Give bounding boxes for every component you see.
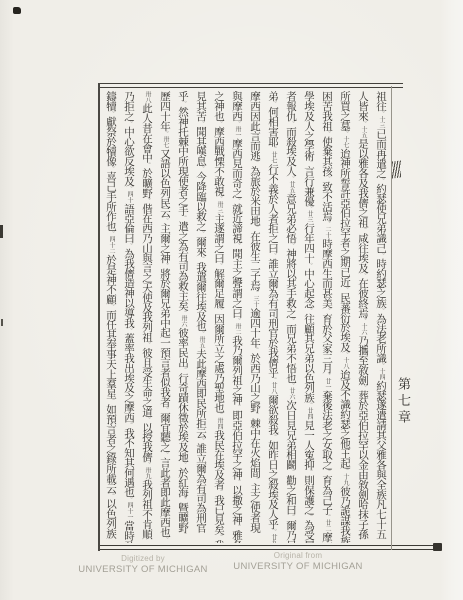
column-text: 往顧其兄弟以色列族	[303, 313, 315, 402]
verse-number: 廿七	[270, 152, 277, 164]
column-text: 人皆來	[357, 91, 369, 121]
text-column: 人皆來。十五是以雅各及我儕之祖。咸往埃及。在彼終焉。十六乃攜至敘劍。葬於亞伯拉罕…	[354, 91, 372, 543]
column-text: 我已見矣	[213, 495, 225, 535]
verse-number: 廿五	[288, 181, 295, 193]
text-column: 乃拒之。中心欲反埃及。四十語亞倫曰。為我儕造神以導我。蓋率我出埃及之摩西。我不知…	[120, 91, 138, 543]
verse-number: 卅九	[144, 467, 151, 479]
verse-number: 廿三	[306, 211, 313, 223]
column-text: 如預言者之錄所載云	[105, 404, 117, 493]
column-text: 爾宜聽之	[159, 412, 171, 452]
column-text: 摩西見而奇之	[231, 138, 243, 197]
verse-number: 廿八	[270, 382, 277, 394]
column-text: 以授我儕	[141, 422, 153, 462]
verse-number: 卅二	[234, 323, 241, 335]
column-text: 摩西戰慄不敢視	[213, 126, 225, 195]
column-text: 爾乃兄	[285, 520, 297, 543]
frame-left-rule	[98, 83, 100, 551]
verse-number: 十五	[360, 126, 367, 138]
verse-number: 十八	[342, 357, 349, 369]
column-text: 於紅海	[177, 467, 189, 497]
verse-number: 四十	[126, 191, 133, 203]
column-text: 歷四十年	[159, 91, 171, 131]
column-text: 偕在西乃山與言之天使及我列祖	[141, 203, 153, 342]
column-text: 就近諦視	[231, 203, 243, 243]
scan-speck	[0, 225, 3, 238]
column-text: 是以雅各及我儕之祖	[357, 138, 369, 227]
column-text: 誰立爾為有司刑官於我儕乎	[267, 258, 279, 377]
column-text: 致不活焉	[321, 181, 333, 221]
column-text: 祖往	[375, 91, 387, 111]
column-text: 語亞倫曰	[123, 203, 135, 243]
frame-top-rule	[100, 83, 403, 88]
column-text: 於西乃山之野	[249, 353, 261, 412]
column-text: 時約瑟之族	[375, 258, 387, 308]
column-text: 學埃及人之學術	[303, 91, 315, 160]
column-text: 主遂謂之曰	[213, 213, 225, 263]
column-text: 因爾所立之處乃聖地也	[213, 313, 225, 412]
column-text: 見其苦	[195, 91, 207, 121]
verse-number: 廿四	[306, 408, 313, 420]
text-column: 摩西因此言而逃。為旅於米田地。在彼生二子焉。三十逾四十年。於西乃山之野。棘中在火…	[246, 91, 264, 543]
column-text: 者報仇	[285, 91, 297, 121]
column-text: 然神托棘中所現使者之手	[177, 106, 189, 215]
column-text: 勸之和曰	[285, 475, 297, 515]
column-text: 見一人寃抑	[303, 420, 315, 470]
watermark-digitized-by: Digitized by UNIVERSITY OF MICHIGAN	[58, 554, 228, 575]
chapter-label: 第七章	[393, 377, 412, 427]
column-text: 誰立爾為有司為刑官	[195, 443, 207, 532]
column-text: 此人昔在會中	[141, 103, 153, 162]
watermark-line: UNIVERSITY OF MICHIGAN	[58, 564, 228, 575]
column-text: 使棄其孩	[321, 136, 333, 176]
verse-number: 廿九	[270, 534, 277, 543]
column-text: 而殺埃及人	[285, 126, 297, 176]
text-column: 與摩西。卅一摩西見而奇之。就近諦視。聞主之聲謂之曰。卅二我乃爾列祖之神。即亞伯拉…	[228, 91, 246, 543]
column-text: 之神也	[213, 91, 225, 121]
column-text: 將於爾兄弟中起一預言者似我者	[159, 268, 171, 407]
column-text: 當時乃	[123, 520, 135, 543]
column-text: 為我儕造神以導我	[123, 248, 135, 327]
text-column: 卅八此人昔在會中。於曠野。偕在西乃山與言之天使及我列祖。彼且受生命之道。以授我儕…	[138, 91, 156, 543]
column-text: 夫此摩西即民所拒云	[195, 348, 207, 437]
column-text: 行奇蹟休徵於埃及地	[177, 373, 189, 462]
column-text: 主爾之神	[159, 223, 171, 263]
column-text: 已而再遣之	[375, 128, 387, 178]
column-text: 今降臨以救之	[195, 171, 207, 230]
verse-number: 卅五	[198, 336, 205, 348]
column-text: 即亞伯拉罕之神	[231, 410, 243, 479]
column-text: 而任其奉事天上羣星	[105, 309, 117, 398]
column-text: 神將以其手救之	[285, 248, 297, 317]
column-text: 乃拒之	[123, 91, 135, 121]
text-column: 歷四十年。卅七又語以色列民云。主爾之神。將於爾兄弟中起一預言者似我者。爾宜聽之。…	[156, 91, 174, 543]
scanned-book-page: 祖往。十三已而再遣之。約瑟使兄弟識己。時約瑟之族。為法老所識。十四約瑟遂遣請其父…	[0, 0, 463, 600]
verse-number: 十九	[342, 474, 349, 486]
watermark-line: Original from	[228, 551, 368, 560]
column-text: 育於父家三月	[321, 313, 333, 372]
text-column: 學埃及人之學術。言行兼優。廿三行年四十。中心起念。往顧其兄弟以色列族。廿四見一人…	[300, 91, 318, 543]
verse-number: 廿六	[288, 388, 295, 400]
column-text: 我乃爾列祖之神	[231, 335, 243, 404]
column-text: 彼率民出	[177, 327, 189, 367]
text-column: 見其苦。聞其嘆息。今降臨以救之。爾來。我遣爾往埃及也。卅五夫此摩西即民所拒云。誰…	[192, 91, 210, 543]
column-text: 中心欲反埃及	[123, 126, 135, 185]
text-columns: 祖往。十三已而再遣之。約瑟使兄弟識己。時約瑟之族。為法老所識。十四約瑟遂遣請其父…	[102, 91, 390, 543]
column-text: 則保護之	[303, 475, 315, 515]
text-column: 鑄犢。獻祭於犢像。喜己手所作也。四十二於是神不顧。而任其奉事天上羣星。如預言者之…	[102, 91, 120, 543]
column-text: 民蕃衍於埃及	[339, 292, 351, 351]
watermark-line: Digitized by	[58, 554, 228, 563]
text-column: 乎。然神托棘中所現使者之手。遣之為有司為救主矣。卅六彼率民出。行奇蹟休徵於埃及地…	[174, 91, 192, 543]
column-text: 而兄弟不悟也	[285, 323, 297, 382]
column-text: 為法老所識	[375, 313, 387, 363]
column-text: 我	[213, 540, 225, 543]
column-text: 約瑟遂遣請其父雅各與全族凡七十五	[375, 380, 387, 538]
column-text: 迨神所誓許亞伯拉罕者之期已近	[339, 148, 351, 287]
column-text: 言此者即此摩西也	[159, 457, 171, 536]
text-column: 弟。何相害耶。廿七行不義於人者拒之曰。誰立爾為有司刑官於我儕乎。廿八爾欲殺我。如…	[264, 91, 282, 543]
verse-number: 十四	[378, 368, 385, 380]
punctuation-mark: 。	[180, 532, 186, 538]
column-text: 中心起念	[303, 268, 315, 308]
column-text: 育為己子	[321, 475, 333, 515]
column-text: 咸往埃及	[357, 233, 369, 273]
column-text: 何相害耶	[267, 106, 279, 146]
column-text: 為受屈	[303, 520, 315, 543]
frame-right-rule	[391, 86, 392, 550]
verse-number: 卅八	[144, 91, 151, 103]
verse-number: 卅四	[216, 418, 223, 430]
column-text: 意兄弟必悟	[285, 193, 297, 243]
scan-speck	[13, 7, 21, 14]
column-text: 迨及不識約瑟之他王起	[339, 369, 351, 468]
column-text: 獻祭於犢像	[105, 116, 117, 166]
column-text: 約瑟使兄弟識己	[375, 183, 387, 252]
column-text: 我民在埃及者	[213, 430, 225, 489]
column-text: 逾四十年	[249, 308, 261, 348]
watermark-line: UNIVERSITY OF MICHIGAN	[228, 561, 368, 572]
text-column: 祖往。十三已而再遣之。約瑟使兄弟識己。時約瑟之族。為法老所識。十四約瑟遂遣請其父…	[372, 91, 390, 543]
verse-number: 卅一	[234, 126, 241, 138]
column-text: 雅各	[231, 530, 243, 543]
column-text: 聞主之聲謂之曰	[231, 248, 243, 317]
column-text: 行不義於人者拒之曰	[267, 164, 279, 253]
column-text: 鑄犢	[105, 91, 117, 111]
verse-number: 十六	[360, 323, 367, 335]
verse-number: 卅三	[216, 201, 223, 213]
column-text: 於是神不顧	[105, 254, 117, 304]
verse-number: 十七	[342, 136, 349, 148]
column-text: 我不知其何遇也	[123, 428, 135, 497]
text-column: 之神也。摩西戰慄不敢視。卅三主遂謂之曰。解爾足履。因爾所立之處乃聖地也。卅四我民…	[210, 91, 228, 543]
column-text: 彼且受生命之道	[141, 347, 153, 416]
column-text: 解爾足履	[213, 268, 225, 308]
column-text: 棄後法老之女取之	[321, 390, 333, 469]
column-text: 爾來	[195, 236, 207, 256]
frame-bottom-rule	[100, 545, 438, 550]
column-text: 次日見兄弟相鬬	[285, 400, 297, 469]
column-text: 弟	[267, 91, 279, 101]
column-text: 在彼生二子焉	[249, 231, 261, 290]
frame-bottom-rule-cap	[433, 543, 442, 551]
column-text: 曁曠野	[177, 502, 189, 532]
column-text: 如昨日之殺埃及人乎	[267, 440, 279, 529]
column-text: 言行兼優	[303, 166, 315, 206]
column-text: 於曠野	[141, 168, 153, 198]
column-text: 在彼終焉	[357, 278, 369, 318]
column-text: 彼乃詭謀我族	[339, 486, 351, 543]
column-text: 棘中在火焰間	[249, 418, 261, 477]
verse-number: 廿二	[324, 520, 331, 532]
column-text: 摩西因此言而逃	[249, 91, 261, 160]
verse-number: 十三	[378, 116, 385, 128]
verse-number: 三十	[252, 296, 259, 308]
column-text: 又語以色列民云	[159, 148, 171, 217]
column-text: 爾欲殺我	[267, 394, 279, 434]
print-artifact-hatch	[392, 161, 401, 179]
verse-number: 四十二	[108, 236, 115, 254]
text-column: 所買之墓。十七迨神所誓許亞伯拉罕者之期已近。民蕃衍於埃及。十八迨及不識約瑟之他王…	[336, 91, 354, 543]
verse-number: 卅六	[180, 315, 187, 327]
verse-number: 二十	[324, 226, 331, 238]
column-text: 與摩西	[231, 91, 243, 121]
verse-number: 卅七	[162, 136, 169, 148]
verse-number: 四十一	[126, 502, 133, 520]
column-text: 蓋率我出埃及之摩西	[123, 333, 135, 422]
column-text: 我列祖不肯順	[141, 479, 153, 538]
scan-speck	[1, 319, 3, 326]
column-text: 為旅於米田地	[249, 166, 261, 225]
watermark-original-from: Original from UNIVERSITY OF MICHIGAN	[228, 551, 368, 572]
column-text: 所買之墓	[339, 91, 351, 131]
text-column: 者報仇。而殺埃及人。廿五意兄弟必悟。神將以其手救之。而兄弟不悟也。廿六次日見兄弟…	[282, 91, 300, 543]
column-text: 摩西盡	[321, 532, 333, 543]
verse-number: 廿一	[324, 378, 331, 390]
column-text: 聞其嘆息	[195, 126, 207, 166]
column-text: 葬於亞伯拉罕以金由敘劍哈抹子孫	[357, 390, 369, 539]
text-column: 困苦我祖。使棄其孩。致不活焉。二十時摩西生而甚美。育於父家三月。廿一棄後法老之女…	[318, 91, 336, 543]
column-text: 遣之為有司為救主矣	[177, 221, 189, 310]
column-text: 行年四十	[303, 223, 315, 263]
column-text: 以色列族	[105, 498, 117, 538]
column-text: 以撒之神	[231, 485, 243, 525]
column-text: 我遣爾往埃及也	[195, 262, 207, 331]
column-text: 喜己手所作也	[105, 171, 117, 230]
punctuation-mark: 。	[162, 536, 168, 542]
column-text: 乃攜至敘劍	[357, 335, 369, 385]
column-text: 主之使者現	[249, 483, 261, 533]
column-text: 困苦我祖	[321, 91, 333, 131]
column-text: 乎	[177, 91, 189, 101]
column-text: 時摩西生而甚美	[321, 238, 333, 307]
